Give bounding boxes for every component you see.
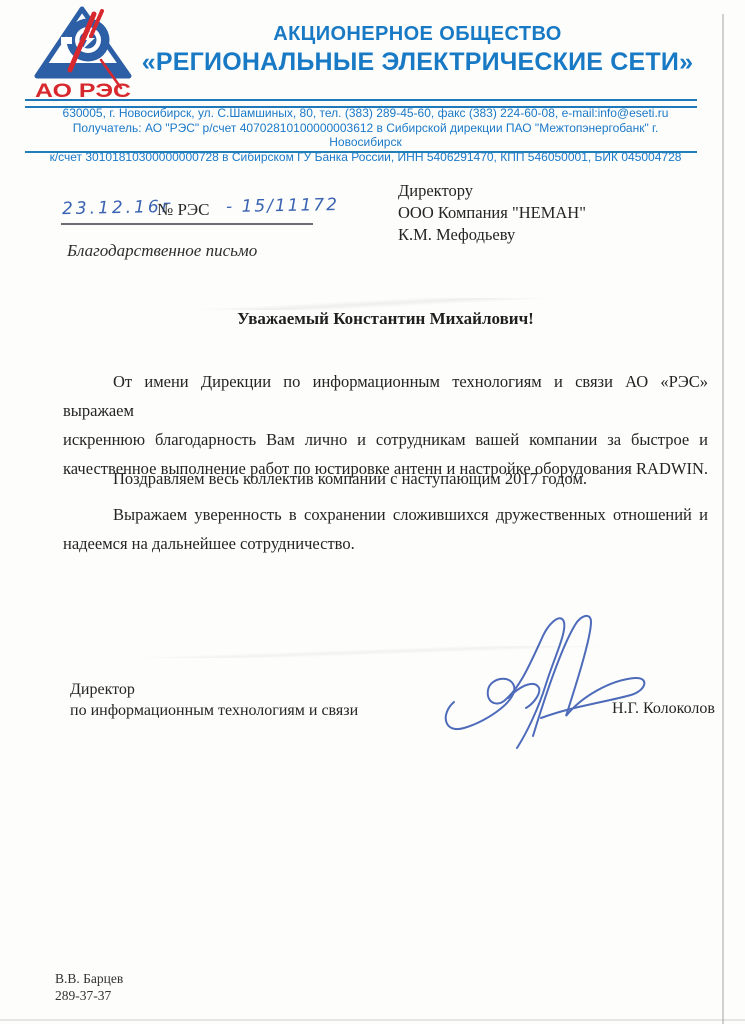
executor-phone: 289-37-37 [55, 988, 123, 1005]
letter-page: АО РЭС АКЦИОНЕРНОЕ ОБЩЕСТВО «РЕГИОНАЛЬНЫ… [0, 0, 745, 1024]
recipient-company: ООО Компания "НЕМАН" [398, 202, 586, 224]
logo-notch [61, 37, 72, 44]
single-rule [25, 151, 697, 153]
contact-line-address: 630005, г. Новосибирск, ул. С.Шамшиных, … [38, 106, 693, 121]
signer-title: Директор по информационным технологиям и… [70, 679, 358, 721]
recipient-block: Директору ООО Компания "НЕМАН" К.М. Мефо… [398, 180, 586, 246]
body-text-line: искреннюю благодарность Вам лично и сотр… [63, 425, 708, 454]
signer-title-line1: Директор [70, 679, 358, 700]
letterhead-title: АКЦИОНЕРНОЕ ОБЩЕСТВО «РЕГИОНАЛЬНЫЕ ЭЛЕКТ… [135, 22, 700, 77]
letter-subject: Благодарственное письмо [67, 241, 257, 261]
salutation: Уважаемый Константин Михайлович! [63, 309, 708, 329]
body-text-line: Поздравляем весь коллектив компании с на… [63, 464, 708, 493]
body-text-line: От имени Дирекции по информационным техн… [63, 367, 708, 425]
scan-edge [0, 1019, 745, 1021]
signer-name: Н.Г. Колоколов [612, 700, 715, 718]
contact-block: 630005, г. Новосибирск, ул. С.Шамшиных, … [38, 106, 693, 164]
recipient-person: К.М. Мефодьеву [398, 224, 586, 246]
handwritten-reference-number: - 15/11172 [226, 195, 339, 217]
executor-name: В.В. Барцев [55, 971, 123, 988]
signer-title-line2: по информационным технологиям и связи [70, 700, 358, 721]
org-type: АКЦИОНЕРНОЕ ОБЩЕСТВО [135, 22, 700, 46]
scan-edge [722, 14, 724, 1024]
body-paragraph-2: Поздравляем весь коллектив компании с на… [63, 464, 708, 493]
recipient-position: Директору [398, 180, 586, 202]
body-text-line: Выражаем уверенность в сохранении сложив… [63, 500, 708, 529]
org-name: «РЕГИОНАЛЬНЫЕ ЭЛЕКТРИЧЕСКИЕ СЕТИ» [135, 47, 700, 77]
body-paragraph-3: Выражаем уверенность в сохранении сложив… [63, 500, 708, 558]
executor-block: В.В. Барцев 289-37-37 [55, 971, 123, 1004]
contact-line-account: Получатель: АО "РЭС" р/счет 407028101000… [38, 121, 693, 150]
logo-text: АО РЭС [35, 81, 131, 100]
reference-number-label: № РЭС [157, 200, 210, 220]
reference-underline [61, 223, 313, 225]
handwritten-signature [438, 604, 650, 764]
company-logo: АО РЭС [28, 6, 138, 100]
logo-graphic: АО РЭС [28, 6, 138, 100]
body-text-line: надеемся на дальнейшее сотрудничество. [63, 529, 708, 558]
